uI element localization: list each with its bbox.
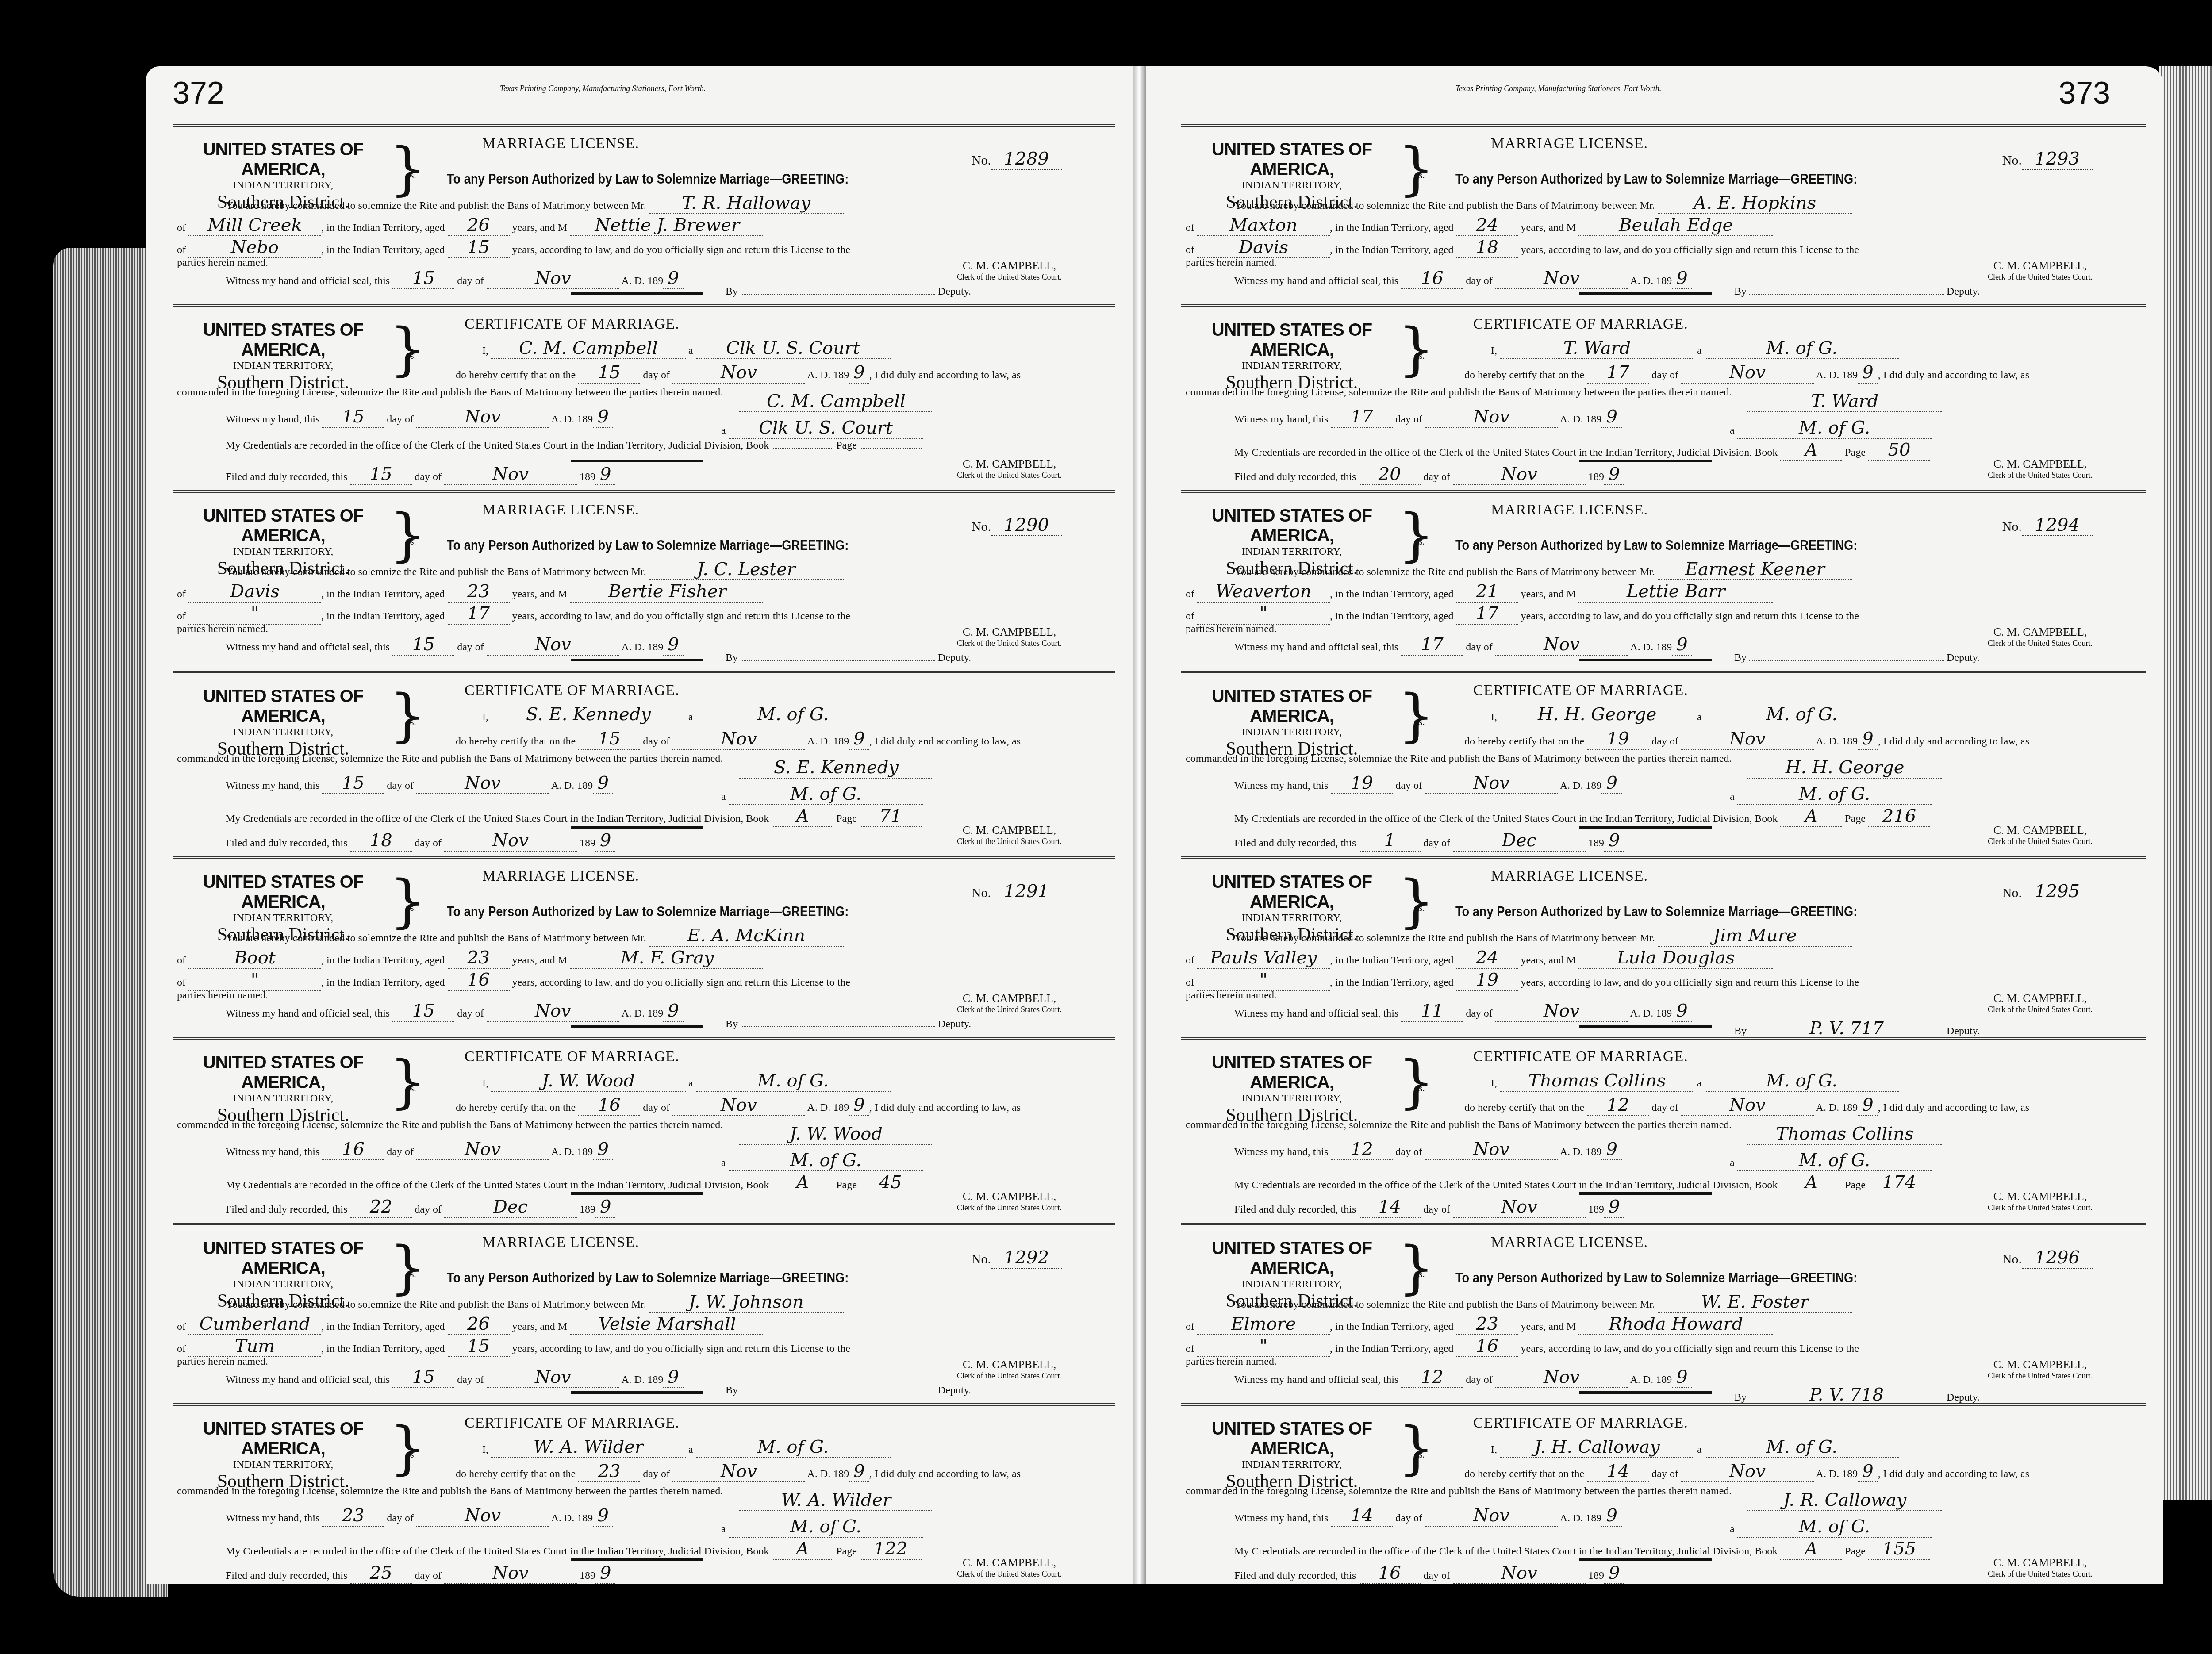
divider-rule (1579, 1192, 1712, 1195)
cert-month: Nov (672, 729, 805, 750)
form-title: MARRIAGE LICENSE. (482, 868, 639, 885)
usa-label: UNITED STATES OF AMERICA, (1186, 872, 1398, 912)
license-month: Nov (487, 1367, 619, 1388)
credentials-page: 71 (860, 806, 922, 827)
groom-age: 23 (448, 948, 510, 969)
marriage-certificate: UNITED STATES OF AMERICA, INDIAN TERRITO… (173, 304, 1115, 490)
license-year: 9 (1672, 634, 1692, 656)
marriage-certificate: UNITED STATES OF AMERICA, INDIAN TERRITO… (1181, 1403, 2146, 1589)
witness-month: Nov (416, 1139, 549, 1160)
witness-month: Nov (416, 1505, 549, 1527)
ss-label: ss. (407, 1270, 416, 1280)
license-number-value: 1295 (2022, 881, 2093, 902)
witness-month: Nov (1425, 1139, 1558, 1160)
filed-day: 18 (350, 830, 412, 852)
license-month: Nov (1495, 1367, 1628, 1388)
deputy-value: P. V. 717 (1749, 1018, 1944, 1040)
officiant-signature-title: a M. of G. (1730, 418, 2128, 439)
territory-label: INDIAN TERRITORY, (1186, 1093, 1398, 1105)
divider-rule (571, 1025, 703, 1028)
officiant-title: M. of G. (696, 704, 891, 725)
officiant-signature: S. E. Kennedy (739, 757, 1097, 779)
officiant-line: I, T. Ward a M. of G. (1491, 338, 2128, 359)
witness-month: Nov (1425, 1505, 1558, 1527)
bride-residence-line: of Nebo, in the Indian Territory, aged 1… (177, 237, 1097, 258)
filed-year: 9 (595, 1563, 615, 1584)
filed-month: Dec (444, 1197, 577, 1218)
credentials-line: My Credentials are recorded in the offic… (1186, 806, 2128, 827)
ss-label: ss. (1416, 171, 1425, 181)
groom-residence-line: of Pauls Valley, in the Indian Territory… (1186, 948, 2128, 969)
territory-label: INDIAN TERRITORY, (1186, 546, 1398, 558)
deputy-value (741, 660, 935, 661)
groom-age: 26 (448, 1314, 510, 1335)
deputy-line: By Deputy. (726, 1018, 1097, 1030)
territory-label: INDIAN TERRITORY, (177, 546, 389, 558)
divider-rule (571, 292, 703, 295)
license-day: 11 (1401, 1001, 1463, 1022)
usa-label: UNITED STATES OF AMERICA, (1186, 687, 1398, 726)
cert-year: 9 (849, 1461, 869, 1482)
territory-label: INDIAN TERRITORY, (177, 360, 389, 372)
license-number: No.1290 (972, 515, 1062, 536)
bride-residence-line: of ", in the Indian Territory, aged 16 y… (177, 970, 1097, 991)
witness-year: 9 (1601, 1139, 1621, 1160)
greeting: To any Person Authorized by Law to Solem… (447, 1270, 849, 1286)
filed-line: Filed and duly recorded, this 1 day of D… (1186, 830, 2128, 852)
groom-line: You are hereby commanded to solemnize th… (1186, 193, 2128, 214)
bride-residence: " (188, 970, 321, 991)
deputy-line: By Deputy. (1734, 286, 2128, 298)
form-title: MARRIAGE LICENSE. (482, 135, 639, 152)
officiant-name: T. Ward (1500, 338, 1694, 359)
bride-residence: " (1197, 1336, 1330, 1357)
brace-icon: } (1398, 872, 1435, 930)
divider-rule (571, 659, 703, 661)
marriage-certificate: UNITED STATES OF AMERICA, INDIAN TERRITO… (173, 671, 1115, 856)
ss-label: ss. (407, 903, 416, 913)
clerk-signature: C. M. CAMPBELL,Clerk of the United State… (957, 992, 1062, 1014)
form-title: MARRIAGE LICENSE. (1491, 868, 1648, 885)
witness-month: Nov (1425, 773, 1558, 794)
cert-day: 15 (578, 362, 640, 384)
filed-day: 14 (1359, 1197, 1421, 1218)
officiant-signature: W. A. Wilder (739, 1490, 1097, 1511)
credentials-page: 216 (1868, 806, 1930, 827)
brace-icon: } (389, 872, 426, 930)
officiant-title: M. of G. (1705, 1071, 1899, 1092)
clerk-signature: C. M. CAMPBELL,Clerk of the United State… (1988, 992, 2093, 1014)
bride-age: 15 (448, 1336, 510, 1357)
marriage-license: UNITED STATES OF AMERICA, INDIAN TERRITO… (1181, 856, 2146, 1037)
groom-residence-line: of Mill Creek, in the Indian Territory, … (177, 215, 1097, 236)
officiant-line: I, J. W. Wood a M. of G. (482, 1071, 1097, 1092)
ss-label: ss. (1416, 1270, 1425, 1280)
usa-label: UNITED STATES OF AMERICA, (177, 1239, 389, 1278)
witness-year: 9 (593, 407, 613, 428)
license-number-value: 1290 (991, 515, 1062, 536)
witness-year: 9 (1601, 407, 1621, 428)
officiant-title: M. of G. (1705, 704, 1899, 725)
credentials-book: A (1780, 1172, 1842, 1193)
form-title: CERTIFICATE OF MARRIAGE. (465, 682, 680, 699)
credentials-page: 45 (860, 1172, 922, 1193)
groom-line: You are hereby commanded to solemnize th… (1186, 1292, 2128, 1313)
groom-age: 23 (448, 581, 510, 603)
filed-year: 9 (595, 1197, 615, 1218)
officiant-signature-title: a Clk U. S. Court (721, 418, 1097, 439)
clerk-signature: C. M. CAMPBELL,Clerk of the United State… (1988, 457, 2093, 480)
license-number-value: 1291 (991, 881, 1062, 902)
witness-year: 9 (593, 1505, 613, 1527)
credentials-book: A (1780, 1539, 1842, 1560)
officiant-title: Clk U. S. Court (696, 338, 891, 359)
license-year: 9 (663, 1367, 683, 1388)
marriage-license: UNITED STATES OF AMERICA, INDIAN TERRITO… (173, 1223, 1115, 1403)
filed-month: Nov (444, 1563, 577, 1584)
divider-rule (1579, 1025, 1712, 1028)
credentials-page: 174 (1868, 1172, 1930, 1193)
form-title: CERTIFICATE OF MARRIAGE. (465, 316, 680, 333)
jurisdiction-caption: UNITED STATES OF AMERICA, INDIAN TERRITO… (1186, 320, 1398, 393)
signature-title: M. of G. (729, 1150, 923, 1171)
clerk-signature: C. M. CAMPBELL,Clerk of the United State… (957, 457, 1062, 480)
filed-year: 9 (1604, 830, 1624, 852)
officiant-title: M. of G. (696, 1071, 891, 1092)
license-day: 16 (1401, 268, 1463, 289)
form-title: CERTIFICATE OF MARRIAGE. (465, 1415, 680, 1431)
jurisdiction-caption: UNITED STATES OF AMERICA, INDIAN TERRITO… (177, 1053, 389, 1126)
officiant-name: Thomas Collins (1500, 1071, 1694, 1092)
groom-line: You are hereby commanded to solemnize th… (177, 193, 1097, 214)
filed-line: Filed and duly recorded, this 16 day of … (1186, 1563, 2128, 1584)
clerk-signature: C. M. CAMPBELL,Clerk of the United State… (1988, 259, 2093, 282)
territory-label: INDIAN TERRITORY, (1186, 726, 1398, 738)
marriage-certificate: UNITED STATES OF AMERICA, INDIAN TERRITO… (1181, 671, 2146, 856)
groom-residence-line: of Davis, in the Indian Territory, aged … (177, 581, 1097, 603)
bride-age: 18 (1456, 237, 1518, 258)
usa-label: UNITED STATES OF AMERICA, (1186, 140, 1398, 180)
jurisdiction-caption: UNITED STATES OF AMERICA, INDIAN TERRITO… (177, 320, 389, 393)
usa-label: UNITED STATES OF AMERICA, (177, 140, 389, 180)
divider-rule (571, 1558, 703, 1561)
signature-name: T. Ward (1747, 391, 1942, 412)
filed-day: 16 (1359, 1563, 1421, 1584)
signature-name: H. H. George (1747, 757, 1942, 779)
territory-label: INDIAN TERRITORY, (1186, 180, 1398, 192)
license-day: 12 (1401, 1367, 1463, 1388)
certify-line: do hereby certify that on the 17 day of … (1464, 362, 2128, 384)
cert-month: Nov (672, 1095, 805, 1116)
cert-day: 23 (578, 1461, 640, 1482)
credentials-book: A (772, 1172, 833, 1193)
license-number-value: 1296 (2022, 1247, 2093, 1269)
license-day: 17 (1401, 634, 1463, 656)
deputy-line: By Deputy. (1734, 652, 2128, 664)
usa-label: UNITED STATES OF AMERICA, (177, 872, 389, 912)
bride-residence: Davis (1197, 237, 1330, 258)
license-number: No.1293 (2002, 149, 2093, 170)
groom-name: J. W. Johnson (649, 1292, 844, 1313)
certify-line: do hereby certify that on the 15 day of … (456, 362, 1097, 384)
bride-age: 17 (1456, 603, 1518, 625)
ss-label: ss. (1416, 903, 1425, 913)
divider-rule (1579, 1391, 1712, 1394)
bride-name: Lula Douglas (1578, 948, 1773, 969)
filed-day: 15 (350, 464, 412, 485)
greeting: To any Person Authorized by Law to Solem… (447, 537, 849, 553)
signature-title: M. of G. (1737, 784, 1932, 805)
groom-name: T. R. Halloway (649, 193, 844, 214)
license-number-value: 1289 (991, 149, 1062, 170)
witness-day: 17 (1331, 407, 1393, 428)
cert-month: Nov (1681, 1095, 1814, 1116)
groom-name: W. E. Foster (1658, 1292, 1852, 1313)
usa-label: UNITED STATES OF AMERICA, (1186, 1419, 1398, 1459)
signature-title: M. of G. (1737, 1516, 1932, 1538)
license-number-value: 1293 (2022, 149, 2093, 170)
groom-residence-line: of Boot, in the Indian Territory, aged 2… (177, 948, 1097, 969)
witness-day: 23 (322, 1505, 384, 1527)
deputy-line: By P. V. 718 Deputy. (1734, 1385, 2128, 1406)
groom-line: You are hereby commanded to solemnize th… (177, 925, 1097, 947)
signature-title: M. of G. (729, 784, 923, 805)
deputy-value (741, 294, 935, 295)
divider-rule (571, 1192, 703, 1195)
certify-line: do hereby certify that on the 23 day of … (456, 1461, 1097, 1482)
entries-right: UNITED STATES OF AMERICA, INDIAN TERRITO… (1181, 124, 2146, 1589)
brace-icon: } (389, 1419, 426, 1477)
license-year: 9 (1672, 1001, 1692, 1022)
cert-day: 16 (578, 1095, 640, 1116)
territory-label: INDIAN TERRITORY, (177, 180, 389, 192)
officiant-line: I, C. M. Campbell a Clk U. S. Court (482, 338, 1097, 359)
cert-year: 9 (1858, 729, 1878, 750)
page-number: 373 (2058, 75, 2110, 111)
officiant-signature: T. Ward (1747, 391, 2128, 412)
license-year: 9 (1672, 268, 1692, 289)
brace-icon: } (1398, 1239, 1435, 1296)
cert-year: 9 (849, 362, 869, 384)
signature-title: M. of G. (1737, 1150, 1932, 1171)
certify-line: do hereby certify that on the 16 day of … (456, 1095, 1097, 1116)
license-number: No.1292 (972, 1247, 1062, 1269)
bride-name: Velsie Marshall (570, 1314, 764, 1335)
credentials-book: A (772, 806, 833, 827)
divider-rule (1579, 292, 1712, 295)
marriage-license: UNITED STATES OF AMERICA, INDIAN TERRITO… (1181, 124, 2146, 304)
credentials-page: 50 (1868, 440, 1930, 461)
officiant-title: M. of G. (696, 1437, 891, 1458)
brace-icon: } (389, 687, 426, 744)
license-day: 15 (392, 634, 454, 656)
territory-label: INDIAN TERRITORY, (1186, 1459, 1398, 1471)
officiant-signature: Thomas Collins (1747, 1124, 2128, 1145)
filed-month: Nov (1453, 464, 1586, 485)
groom-name: J. C. Lester (649, 559, 844, 580)
credentials-line: My Credentials are recorded in the offic… (1186, 1172, 2128, 1193)
license-number: No.1295 (2002, 881, 2093, 902)
filed-year: 9 (595, 464, 615, 485)
witness-year: 9 (593, 1139, 613, 1160)
clerk-signature: C. M. CAMPBELL,Clerk of the United State… (957, 1358, 1062, 1381)
territory-label: INDIAN TERRITORY, (1186, 912, 1398, 924)
officiant-signature-title: a M. of G. (1730, 784, 2128, 805)
usa-label: UNITED STATES OF AMERICA, (177, 320, 389, 360)
filed-day: 1 (1359, 830, 1421, 852)
cert-year: 9 (1858, 1095, 1878, 1116)
deputy-value (1749, 660, 1944, 661)
bride-residence-line: of ", in the Indian Territory, aged 17 y… (177, 603, 1097, 625)
groom-age: 24 (1456, 948, 1518, 969)
marriage-license: UNITED STATES OF AMERICA, INDIAN TERRITO… (1181, 490, 2146, 671)
form-title: CERTIFICATE OF MARRIAGE. (465, 1048, 680, 1065)
officiant-name: S. E. Kennedy (491, 704, 686, 725)
groom-age: 24 (1456, 215, 1518, 236)
credentials-page: 155 (1868, 1539, 1930, 1560)
license-year: 9 (1672, 1367, 1692, 1388)
page-number: 372 (173, 75, 224, 111)
marriage-license: UNITED STATES OF AMERICA, INDIAN TERRITO… (173, 490, 1115, 671)
credentials-book: A (1780, 440, 1842, 461)
groom-residence: Davis (188, 581, 321, 603)
filed-day: 22 (350, 1197, 412, 1218)
witness-day: 14 (1331, 1505, 1393, 1527)
deputy-value: P. V. 718 (1749, 1385, 1944, 1406)
license-month: Nov (487, 1001, 619, 1022)
bride-age: 16 (1456, 1336, 1518, 1357)
license-number: No.1296 (2002, 1247, 2093, 1269)
groom-residence-line: of Maxton, in the Indian Territory, aged… (1186, 215, 2128, 236)
groom-residence: Cumberland (188, 1314, 321, 1335)
groom-line: You are hereby commanded to solemnize th… (1186, 925, 2128, 947)
license-month: Nov (1495, 634, 1628, 656)
license-number-value: 1294 (2022, 515, 2093, 536)
signature-name: J. R. Calloway (1747, 1490, 1942, 1511)
usa-label: UNITED STATES OF AMERICA, (177, 506, 389, 546)
groom-age: 21 (1456, 581, 1518, 603)
officiant-name: W. A. Wilder (491, 1437, 686, 1458)
officiant-name: J. W. Wood (491, 1071, 686, 1092)
clerk-signature: C. M. CAMPBELL,Clerk of the United State… (957, 1190, 1062, 1213)
certify-line: do hereby certify that on the 19 day of … (1464, 729, 2128, 750)
form-title: CERTIFICATE OF MARRIAGE. (1473, 316, 1688, 333)
divider-rule (1579, 460, 1712, 462)
brace-icon: } (389, 506, 426, 564)
officiant-name: H. H. George (1500, 704, 1694, 725)
clerk-signature: C. M. CAMPBELL,Clerk of the United State… (1988, 1556, 2093, 1579)
officiant-signature-title: a M. of G. (1730, 1150, 2128, 1171)
officiant-name: J. H. Calloway (1500, 1437, 1694, 1458)
filed-line: Filed and duly recorded, this 14 day of … (1186, 1197, 2128, 1218)
usa-label: UNITED STATES OF AMERICA, (1186, 320, 1398, 360)
witness-day: 12 (1331, 1139, 1393, 1160)
greeting: To any Person Authorized by Law to Solem… (1455, 537, 1857, 553)
license-number: No.1291 (972, 881, 1062, 902)
brace-icon: } (389, 320, 426, 378)
jurisdiction-caption: UNITED STATES OF AMERICA, INDIAN TERRITO… (177, 1419, 389, 1492)
bride-age: 16 (448, 970, 510, 991)
bride-residence-line: of ", in the Indian Territory, aged 19 y… (1186, 970, 2128, 991)
greeting: To any Person Authorized by Law to Solem… (447, 171, 849, 187)
deputy-value (1749, 294, 1944, 295)
bride-name: Bertie Fisher (570, 581, 764, 603)
license-number-value: 1292 (991, 1247, 1062, 1269)
cert-month: Nov (672, 1461, 805, 1482)
form-title: MARRIAGE LICENSE. (1491, 135, 1648, 152)
brace-icon: } (1398, 320, 1435, 378)
groom-residence-line: of Elmore, in the Indian Territory, aged… (1186, 1314, 2128, 1335)
bride-residence: Tum (188, 1336, 321, 1357)
territory-label: INDIAN TERRITORY, (177, 912, 389, 924)
brace-icon: } (1398, 1053, 1435, 1110)
signature-name: J. W. Wood (739, 1124, 933, 1145)
deputy-line: By P. V. 717 Deputy. (1734, 1018, 2128, 1040)
certify-line: do hereby certify that on the 15 day of … (456, 729, 1097, 750)
bride-age: 15 (448, 237, 510, 258)
ss-label: ss. (1416, 351, 1425, 361)
officiant-line: I, W. A. Wilder a M. of G. (482, 1437, 1097, 1458)
signature-title: M. of G. (729, 1516, 923, 1538)
groom-line: You are hereby commanded to solemnize th… (1186, 559, 2128, 580)
signature-title: M. of G. (1737, 418, 1932, 439)
ledger-page-right: 373 Texas Printing Company, Manufacturin… (1146, 66, 2163, 1584)
greeting: To any Person Authorized by Law to Solem… (1455, 903, 1857, 920)
credentials-page: 122 (860, 1539, 922, 1560)
groom-residence-line: of Cumberland, in the Indian Territory, … (177, 1314, 1097, 1335)
brace-icon: } (1398, 140, 1435, 197)
filed-year: 9 (1604, 464, 1624, 485)
ss-label: ss. (1416, 1084, 1425, 1094)
credentials-book: A (1780, 806, 1842, 827)
bride-residence-line: of Tum, in the Indian Territory, aged 15… (177, 1336, 1097, 1357)
clerk-signature: C. M. CAMPBELL,Clerk of the United State… (1988, 824, 2093, 846)
filed-month: Nov (444, 830, 577, 852)
signature-name: Thomas Collins (1747, 1124, 1942, 1145)
form-title: MARRIAGE LICENSE. (1491, 502, 1648, 518)
license-year: 9 (663, 634, 683, 656)
license-day: 15 (392, 1001, 454, 1022)
witness-month: Nov (416, 407, 549, 428)
officiant-title: M. of G. (1705, 338, 1899, 359)
cert-day: 19 (1587, 729, 1649, 750)
ss-label: ss. (407, 1450, 416, 1460)
credentials-book (772, 448, 833, 449)
greeting: To any Person Authorized by Law to Solem… (447, 903, 849, 920)
license-month: Nov (1495, 268, 1628, 289)
bride-name: Beulah Edge (1578, 215, 1773, 236)
jurisdiction-caption: UNITED STATES OF AMERICA, INDIAN TERRITO… (1186, 1053, 1398, 1126)
clerk-signature: C. M. CAMPBELL,Clerk of the United State… (1988, 1358, 2093, 1381)
deputy-line: By Deputy. (726, 1385, 1097, 1397)
divider-rule (571, 1391, 703, 1394)
bride-residence-line: of Davis, in the Indian Territory, aged … (1186, 237, 2128, 258)
officiant-signature-title: a M. of G. (721, 1150, 1097, 1171)
officiant-line: I, J. H. Calloway a M. of G. (1491, 1437, 2128, 1458)
license-month: Nov (1495, 1001, 1628, 1022)
bride-name: Rhoda Howard (1578, 1314, 1773, 1335)
witness-month: Nov (416, 773, 549, 794)
signature-name: S. E. Kennedy (739, 757, 933, 779)
filed-day: 25 (350, 1563, 412, 1584)
brace-icon: } (1398, 687, 1435, 744)
groom-residence: Weaverton (1197, 581, 1330, 603)
groom-line: You are hereby commanded to solemnize th… (177, 1292, 1097, 1313)
bride-residence-line: of ", in the Indian Territory, aged 16 y… (1186, 1336, 2128, 1357)
license-day: 15 (392, 1367, 454, 1388)
bride-residence: " (188, 603, 321, 625)
usa-label: UNITED STATES OF AMERICA, (1186, 1053, 1398, 1093)
